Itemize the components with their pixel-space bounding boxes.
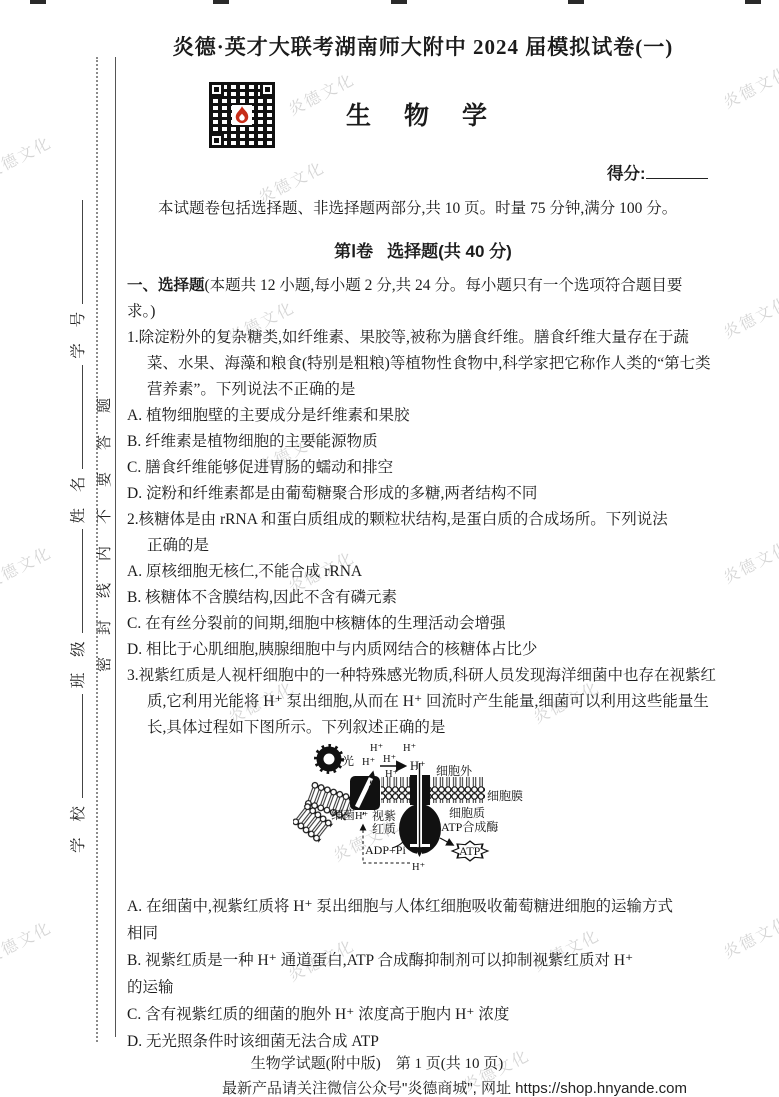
question-number: 2. [127,511,139,528]
field-studentid-label: 学 号 [70,306,87,359]
question-1-option-c: C. 膳食纤维能够促进胃肠的蠕动和排空 [127,455,719,481]
question-number: 3. [127,667,139,684]
question-3-option-c: C. 含有视紫红质的细菌的胞外 H⁺ 浓度高于胞内 H⁺ 浓度 [127,1001,719,1028]
q3-options: A. 在细菌中,视紫红质将 H⁺ 泵出细胞与人体红细胞吸收葡萄糖进细胞的运输方式… [127,893,719,1055]
question-3-option-b: B. 视紫红质是一种 H⁺ 通道蛋白,ATP 合成酶抑制剂可以抑制视紫红质对 H… [127,947,642,1001]
scan-artifact [568,0,584,4]
label-atp-synthase: ATP合成酶 [441,819,498,834]
question-1-option-d: D. 淀粉和纤维素都是由葡萄糖聚合形成的多糖,两者结构不同 [127,481,719,507]
section-part: 第Ⅰ卷 [334,242,373,261]
h-plus-label: H⁺ [355,811,369,822]
qr-finder-icon [260,82,275,97]
label-outside-cell: 细胞外 [436,764,473,778]
watermark-text: 炎德文化 [719,290,779,343]
qr-finder-icon [209,82,224,97]
score-blank [646,163,708,179]
footer-promo: 最新产品请关注微信公众号"炎德商城", 网址 https://shop.hnya… [130,1077,779,1097]
instruction-head: 一、选择题 [127,277,205,294]
field-studentid-blank [68,200,83,304]
question-area: 一、选择题(本题共 12 小题,每小题 2 分,共 24 分。每小题只有一个选项… [127,273,719,1055]
question-3-option-d: D. 无光照条件时该细菌无法合成 ATP [127,1028,719,1055]
label-adp: ADP+Pi [365,843,406,857]
field-school-label: 学 校 [70,800,87,853]
score-label: 得分: [607,165,646,183]
label-cytoplasm: 细胞质 [449,805,485,820]
field-class-blank [68,529,83,633]
question-2-option-a: A. 原核细胞无核仁,不能合成 rRNA [127,559,719,585]
q3-diagram: 光 H⁺ H⁺ H⁺ H⁺ H⁺ H⁺ 细胞外 [293,741,543,901]
label-cell-membrane: 细胞膜 [487,789,523,803]
exam-paper-page: 炎德文化 炎德文化 炎德文化 炎德文化 炎德文化 炎德文化 炎德文化 炎德文化 … [0,0,779,1097]
student-info-fields: 学 校 班 级 姓 名 学 号 [66,213,88,853]
h-plus-label: H⁺ [370,743,384,754]
field-name-label: 姓 名 [70,471,87,524]
question-2-option-c: C. 在有丝分裂前的间期,细胞中核糖体的生理活动会增强 [127,611,719,637]
question-2-stem: 2.核糖体是由 rRNA 和蛋白质组成的颗粒状结构,是蛋白质的合成场所。下列说法… [127,507,682,559]
seal-line-text: 密封线内不要答题 [93,372,114,672]
watermark-text: 炎德文化 [0,915,55,968]
h-plus-label: H⁺ [362,757,376,768]
scan-artifact [213,0,229,4]
question-1-option-b: B. 纤维素是植物细胞的主要能源物质 [127,429,719,455]
watermark-text: 炎德文化 [0,540,55,593]
scan-artifact [745,0,761,4]
question-3-stem: 3.视紫红质是人视杆细胞中的一种特殊感光物质,科研人员发现海洋细菌中也存在视紫红… [127,663,719,741]
question-1-stem: 1.除淀粉外的复杂糖类,如纤维素、果胶等,被称为膳食纤维。膳食纤维大量存在于蔬菜… [127,325,719,403]
field-class-label: 班 级 [70,635,87,688]
label-atp: ATP [459,844,481,858]
label-rhodopsin-2: 红质 [372,821,396,836]
field-school-blank [68,694,83,798]
watermark-text: 炎德文化 [719,535,779,588]
section-heading: 第Ⅰ卷选择题(共 40 分) [127,237,719,262]
watermark-text: 炎德文化 [0,130,55,183]
membrane-right [381,777,485,803]
section-name: 选择题(共 40 分) [387,242,512,261]
subject-title: 生 物 学 [127,96,719,132]
watermark-text: 炎德文化 [719,60,779,113]
label-bacteria: 细菌 [331,807,355,822]
question-1-option-a: A. 植物细胞壁的主要成分是纤维素和果胶 [127,403,719,429]
label-light: 光 [342,753,354,768]
seal-solid-line [115,57,116,1037]
h-plus-label: H⁺ [383,754,397,765]
field-name-blank [68,365,83,469]
scan-artifact [30,0,46,4]
choice-instruction: 一、选择题(本题共 12 小题,每小题 2 分,共 24 分。每小题只有一个选项… [127,273,702,325]
atp-arrow [440,838,453,845]
exam-intro: 本试题卷包括选择题、非选择题两部分,共 10 页。时量 75 分钟,满分 100… [127,196,719,218]
label-rhodopsin-1: 视紫 [372,808,396,823]
q3-figure: 光 H⁺ H⁺ H⁺ H⁺ H⁺ H⁺ 细胞外 [127,741,719,893]
footer-page-info: 生物学试题(附中版) 第 1 页(共 10 页) [127,1052,627,1073]
score-field: 得分: [607,160,708,184]
question-number: 1. [127,329,139,346]
exam-title: 炎德·英才大联考湖南师大附中 2024 届模拟试卷(一) [127,31,719,61]
question-3-option-a: A. 在细菌中,视紫红质将 H⁺ 泵出细胞与人体红细胞吸收葡萄糖进细胞的运输方式… [127,893,682,947]
sun-icon [316,746,342,772]
h-plus-label: H⁺ [412,862,426,873]
scan-artifact [391,0,407,4]
question-2-option-b: B. 核糖体不含膜结构,因此不含有磷元素 [127,585,719,611]
instruction-rest: (本题共 12 小题,每小题 2 分,共 24 分。每小题只有一个选项符合题目要… [127,277,682,320]
watermark-text: 炎德文化 [719,910,779,963]
qr-finder-icon [209,133,224,148]
question-2-option-d: D. 相比于心肌细胞,胰腺细胞中与内质网结合的核糖体占比少 [127,637,719,663]
h-plus-label: H⁺ [403,743,417,754]
